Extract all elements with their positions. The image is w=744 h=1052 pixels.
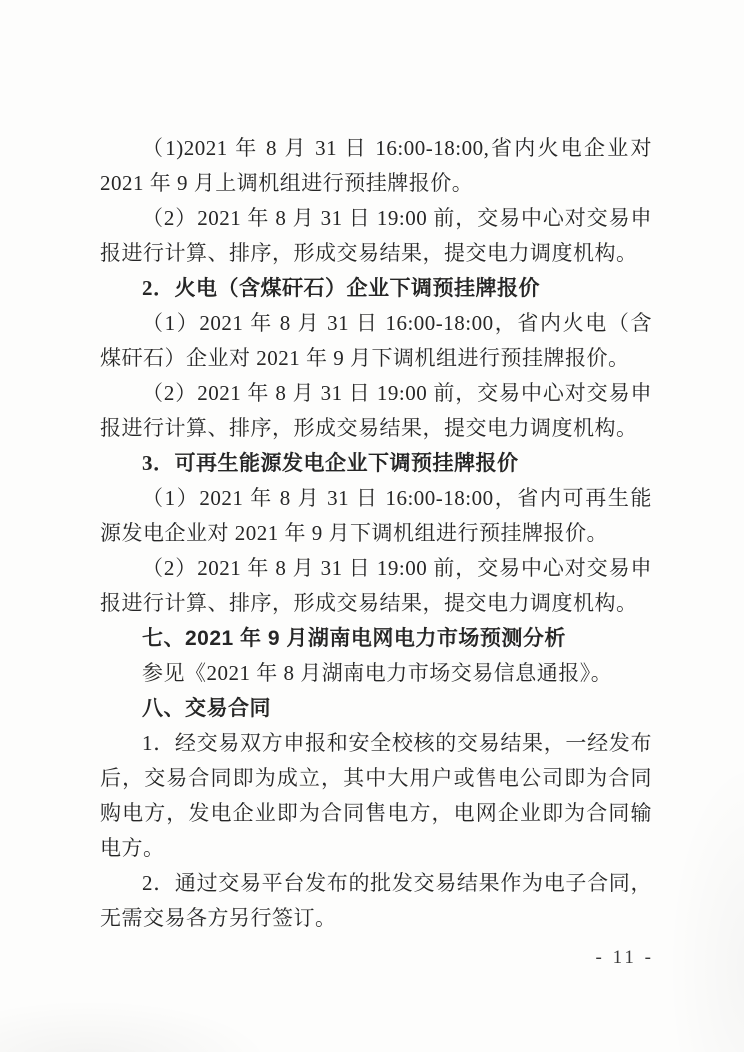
- subsection-heading-renewable-energy: 3．可再生能源发电企业下调预挂牌报价: [100, 446, 652, 481]
- paragraph: 参见《2021 年 8 月湖南电力市场交易信息通报》。: [100, 656, 652, 691]
- paragraph: （2）2021 年 8 月 31 日 19:00 前，交易中心对交易申报进行计算…: [100, 376, 652, 446]
- paragraph: 1．经交易双方申报和安全校核的交易结果，一经发布后，交易合同即为成立，其中大用户…: [100, 726, 652, 866]
- paragraph: （1)2021 年 8 月 31 日 16:00-18:00,省内火电企业对 2…: [100, 131, 652, 201]
- paragraph: （1）2021 年 8 月 31 日 16:00-18:00，省内可再生能源发电…: [100, 481, 652, 551]
- paragraph: （1）2021 年 8 月 31 日 16:00-18:00，省内火电（含煤矸石…: [100, 306, 652, 376]
- paragraph: 2．通过交易平台发布的批发交易结果作为电子合同，无需交易各方另行签订。: [100, 866, 652, 936]
- paragraph: （2）2021 年 8 月 31 日 19:00 前，交易中心对交易申报进行计算…: [100, 201, 652, 271]
- page-number: - 11 -: [596, 947, 654, 969]
- section-heading-trade-contract: 八、交易合同: [100, 691, 652, 726]
- document-body: （1)2021 年 8 月 31 日 16:00-18:00,省内火电企业对 2…: [100, 131, 652, 936]
- paragraph: （2）2021 年 8 月 31 日 19:00 前，交易中心对交易申报进行计算…: [100, 551, 652, 621]
- subsection-heading-thermal-power: 2．火电（含煤矸石）企业下调预挂牌报价: [100, 271, 652, 306]
- section-heading-market-forecast: 七、2021 年 9 月湖南电网电力市场预测分析: [100, 621, 652, 656]
